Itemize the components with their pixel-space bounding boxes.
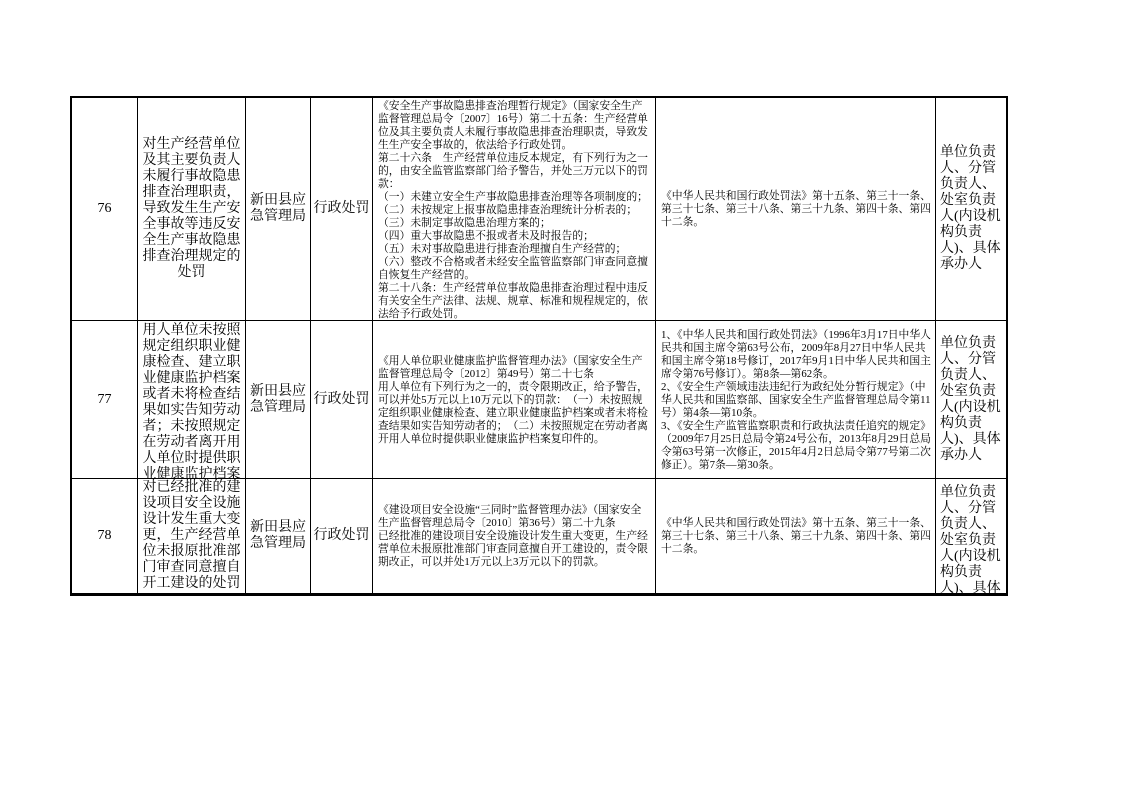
implementing-agency: 新田县应急管理局 xyxy=(248,193,308,225)
row-76-law-cell: 《中华人民共和国行政处罚法》第十五条、第三十一条、第三十七条、第三十八条、第三十… xyxy=(656,98,936,321)
row-77-index-cell: 77 xyxy=(72,321,138,479)
row-index: 76 xyxy=(72,201,137,217)
row-78-responsible-cell: 单位负责人、分管负责人、处室负责人(内设机构负责人)、具体承办人 xyxy=(936,479,1006,593)
row-77-agency-cell: 新田县应急管理局 xyxy=(246,321,311,479)
row-78-index-cell: 78 xyxy=(72,479,138,593)
penalty-matter: 用人单位未按照规定组织职业健康检查、建立职业健康监护档案或者未将检查结果如实告知… xyxy=(140,323,243,479)
row-78-matter-cell: 对已经批准的建设项目安全设施设计发生重大变更，生产经营单位未报原批准部门审查同意… xyxy=(138,479,246,593)
accountability-basis: 1、《中华人民共和国行政处罚法》（1996年3月17日中华人民共和国主席令第63… xyxy=(661,329,931,472)
penalty-basis: 《建设项目安全设施“三同时”监督管理办法》（国家安全生产监督管理总局令〔2010… xyxy=(378,504,651,569)
responsible-persons: 单位负责人、分管负责人、处室负责人(内设机构负责人)、具体承办人 xyxy=(940,485,1004,593)
responsible-persons: 单位负责人、分管负责人、处室负责人(内设机构负责人)、具体承办人 xyxy=(940,145,1004,273)
row-76-agency-cell: 新田县应急管理局 xyxy=(246,98,311,321)
row-76-index-cell: 76 xyxy=(72,98,138,321)
penalty-basis: 《用人单位职业健康监护监督管理办法》（国家安全生产监督管理总局令〔2012〕第4… xyxy=(378,355,651,446)
row-77-basis-cell: 《用人单位职业健康监护监督管理办法》（国家安全生产监督管理总局令〔2012〕第4… xyxy=(373,321,656,479)
row-78-law-cell: 《中华人民共和国行政处罚法》第十五条、第三十一条、第三十七条、第三十八条、第三十… xyxy=(656,479,936,593)
accountability-basis: 《中华人民共和国行政处罚法》第十五条、第三十一条、第三十七条、第三十八条、第三十… xyxy=(661,190,931,229)
row-77-type-cell: 行政处罚 xyxy=(311,321,373,479)
row-76-matter-cell: 对生产经营单位及其主要负责人未履行事故隐患排查治理职责，导致发生生产安全事故等违… xyxy=(138,98,246,321)
penalty-matter: 对生产经营单位及其主要负责人未履行事故隐患排查治理职责，导致发生生产安全事故等违… xyxy=(140,137,243,281)
row-77-responsible-cell: 单位负责人、分管负责人、处室负责人(内设机构负责人)、具体承办人 xyxy=(936,321,1006,479)
penalty-table: 76 对生产经营单位及其主要负责人未履行事故隐患排查治理职责，导致发生生产安全事… xyxy=(70,96,1008,596)
implementing-agency: 新田县应急管理局 xyxy=(248,384,308,416)
row-77-law-cell: 1、《中华人民共和国行政处罚法》（1996年3月17日中华人民共和国主席令第63… xyxy=(656,321,936,479)
penalty-basis: 《安全生产事故隐患排查治理暂行规定》（国家安全生产监督管理总局令〔2007〕16… xyxy=(378,100,651,321)
power-type: 行政处罚 xyxy=(313,528,370,544)
row-index: 78 xyxy=(72,528,137,544)
row-76-type-cell: 行政处罚 xyxy=(311,98,373,321)
row-78-basis-cell: 《建设项目安全设施“三同时”监督管理办法》（国家安全生产监督管理总局令〔2010… xyxy=(373,479,656,593)
row-77-matter-cell: 用人单位未按照规定组织职业健康检查、建立职业健康监护档案或者未将检查结果如实告知… xyxy=(138,321,246,479)
power-type: 行政处罚 xyxy=(313,392,370,408)
penalty-matter: 对已经批准的建设项目安全设施设计发生重大变更，生产经营单位未报原批准部门审查同意… xyxy=(140,480,243,592)
row-76-responsible-cell: 单位负责人、分管负责人、处室负责人(内设机构负责人)、具体承办人 xyxy=(936,98,1006,321)
responsible-persons: 单位负责人、分管负责人、处室负责人(内设机构负责人)、具体承办人 xyxy=(940,336,1004,464)
row-index: 77 xyxy=(72,392,137,408)
accountability-basis: 《中华人民共和国行政处罚法》第十五条、第三十一条、第三十七条、第三十八条、第三十… xyxy=(661,517,931,556)
document-page: 76 对生产经营单位及其主要负责人未履行事故隐患排查治理职责，导致发生生产安全事… xyxy=(0,0,1122,793)
power-type: 行政处罚 xyxy=(313,201,370,217)
row-76-basis-cell: 《安全生产事故隐患排查治理暂行规定》（国家安全生产监督管理总局令〔2007〕16… xyxy=(373,98,656,321)
row-78-agency-cell: 新田县应急管理局 xyxy=(246,479,311,593)
implementing-agency: 新田县应急管理局 xyxy=(248,520,308,552)
row-78-type-cell: 行政处罚 xyxy=(311,479,373,593)
